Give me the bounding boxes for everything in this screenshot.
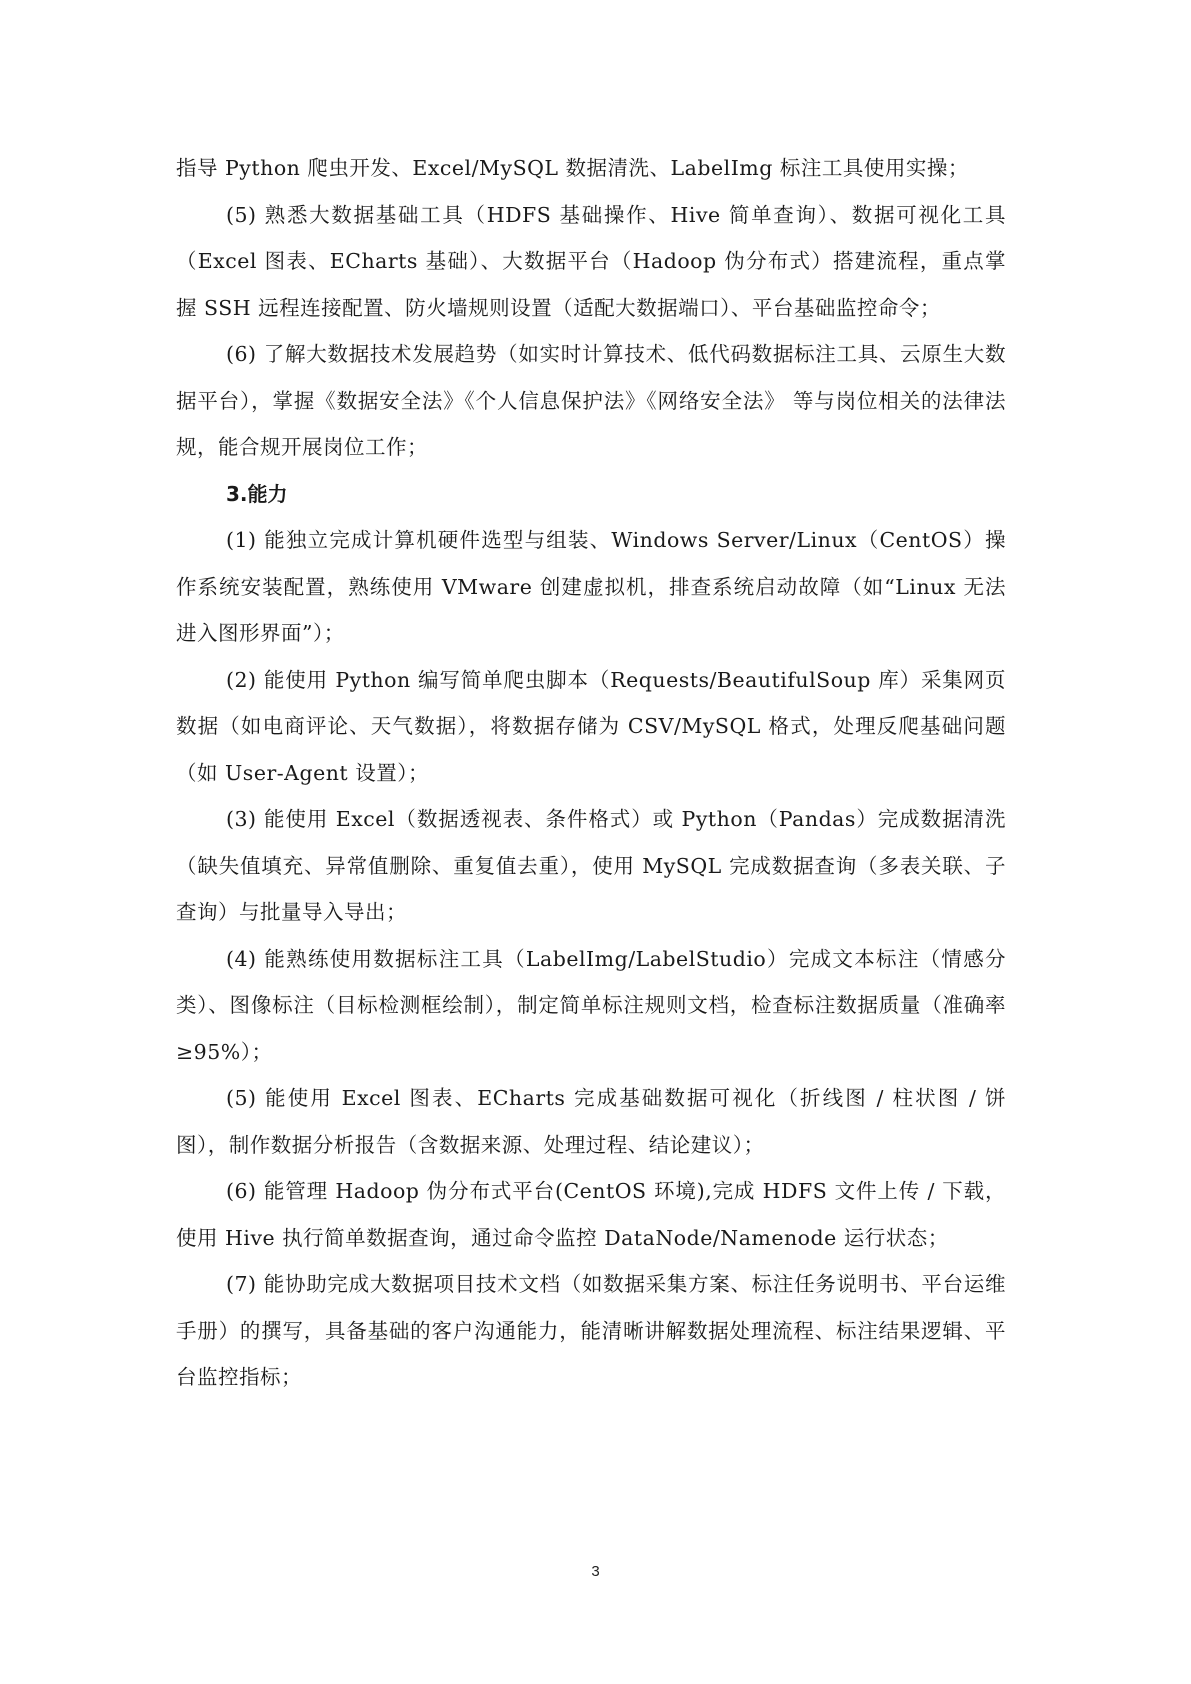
paragraph-knowledge-4-continued: 指导 Python 爬虫开发、Excel/MySQL 数据清洗、LabelImg… (176, 145, 1006, 192)
paragraph-ability-7: (7) 能协助完成大数据项目技术文档（如数据采集方案、标注任务说明书、平台运维手… (176, 1261, 1006, 1401)
paragraph-ability-5: (5) 能使用 Excel 图表、ECharts 完成基础数据可视化（折线图 /… (176, 1075, 1006, 1168)
paragraph-knowledge-5: (5) 熟悉大数据基础工具（HDFS 基础操作、Hive 简单查询）、数据可视化… (176, 192, 1006, 332)
paragraph-knowledge-6: (6) 了解大数据技术发展趋势（如实时计算技术、低代码数据标注工具、云原生大数据… (176, 331, 1006, 471)
document-body: 指导 Python 爬虫开发、Excel/MySQL 数据清洗、LabelImg… (176, 145, 1006, 1401)
document-page: 指导 Python 爬虫开发、Excel/MySQL 数据清洗、LabelImg… (0, 0, 1191, 1684)
paragraph-ability-4: (4) 能熟练使用数据标注工具（LabelImg/LabelStudio）完成文… (176, 936, 1006, 1076)
paragraph-ability-6: (6) 能管理 Hadoop 伪分布式平台(CentOS 环境),完成 HDFS… (176, 1168, 1006, 1261)
paragraph-ability-2: (2) 能使用 Python 编写简单爬虫脚本（Requests/Beautif… (176, 657, 1006, 797)
page-number: 3 (0, 1563, 1191, 1580)
paragraph-ability-1: (1) 能独立完成计算机硬件选型与组装、Windows Server/Linux… (176, 517, 1006, 657)
section-heading-ability: 3.能力 (176, 471, 1006, 518)
paragraph-ability-3: (3) 能使用 Excel（数据透视表、条件格式）或 Python（Pandas… (176, 796, 1006, 936)
